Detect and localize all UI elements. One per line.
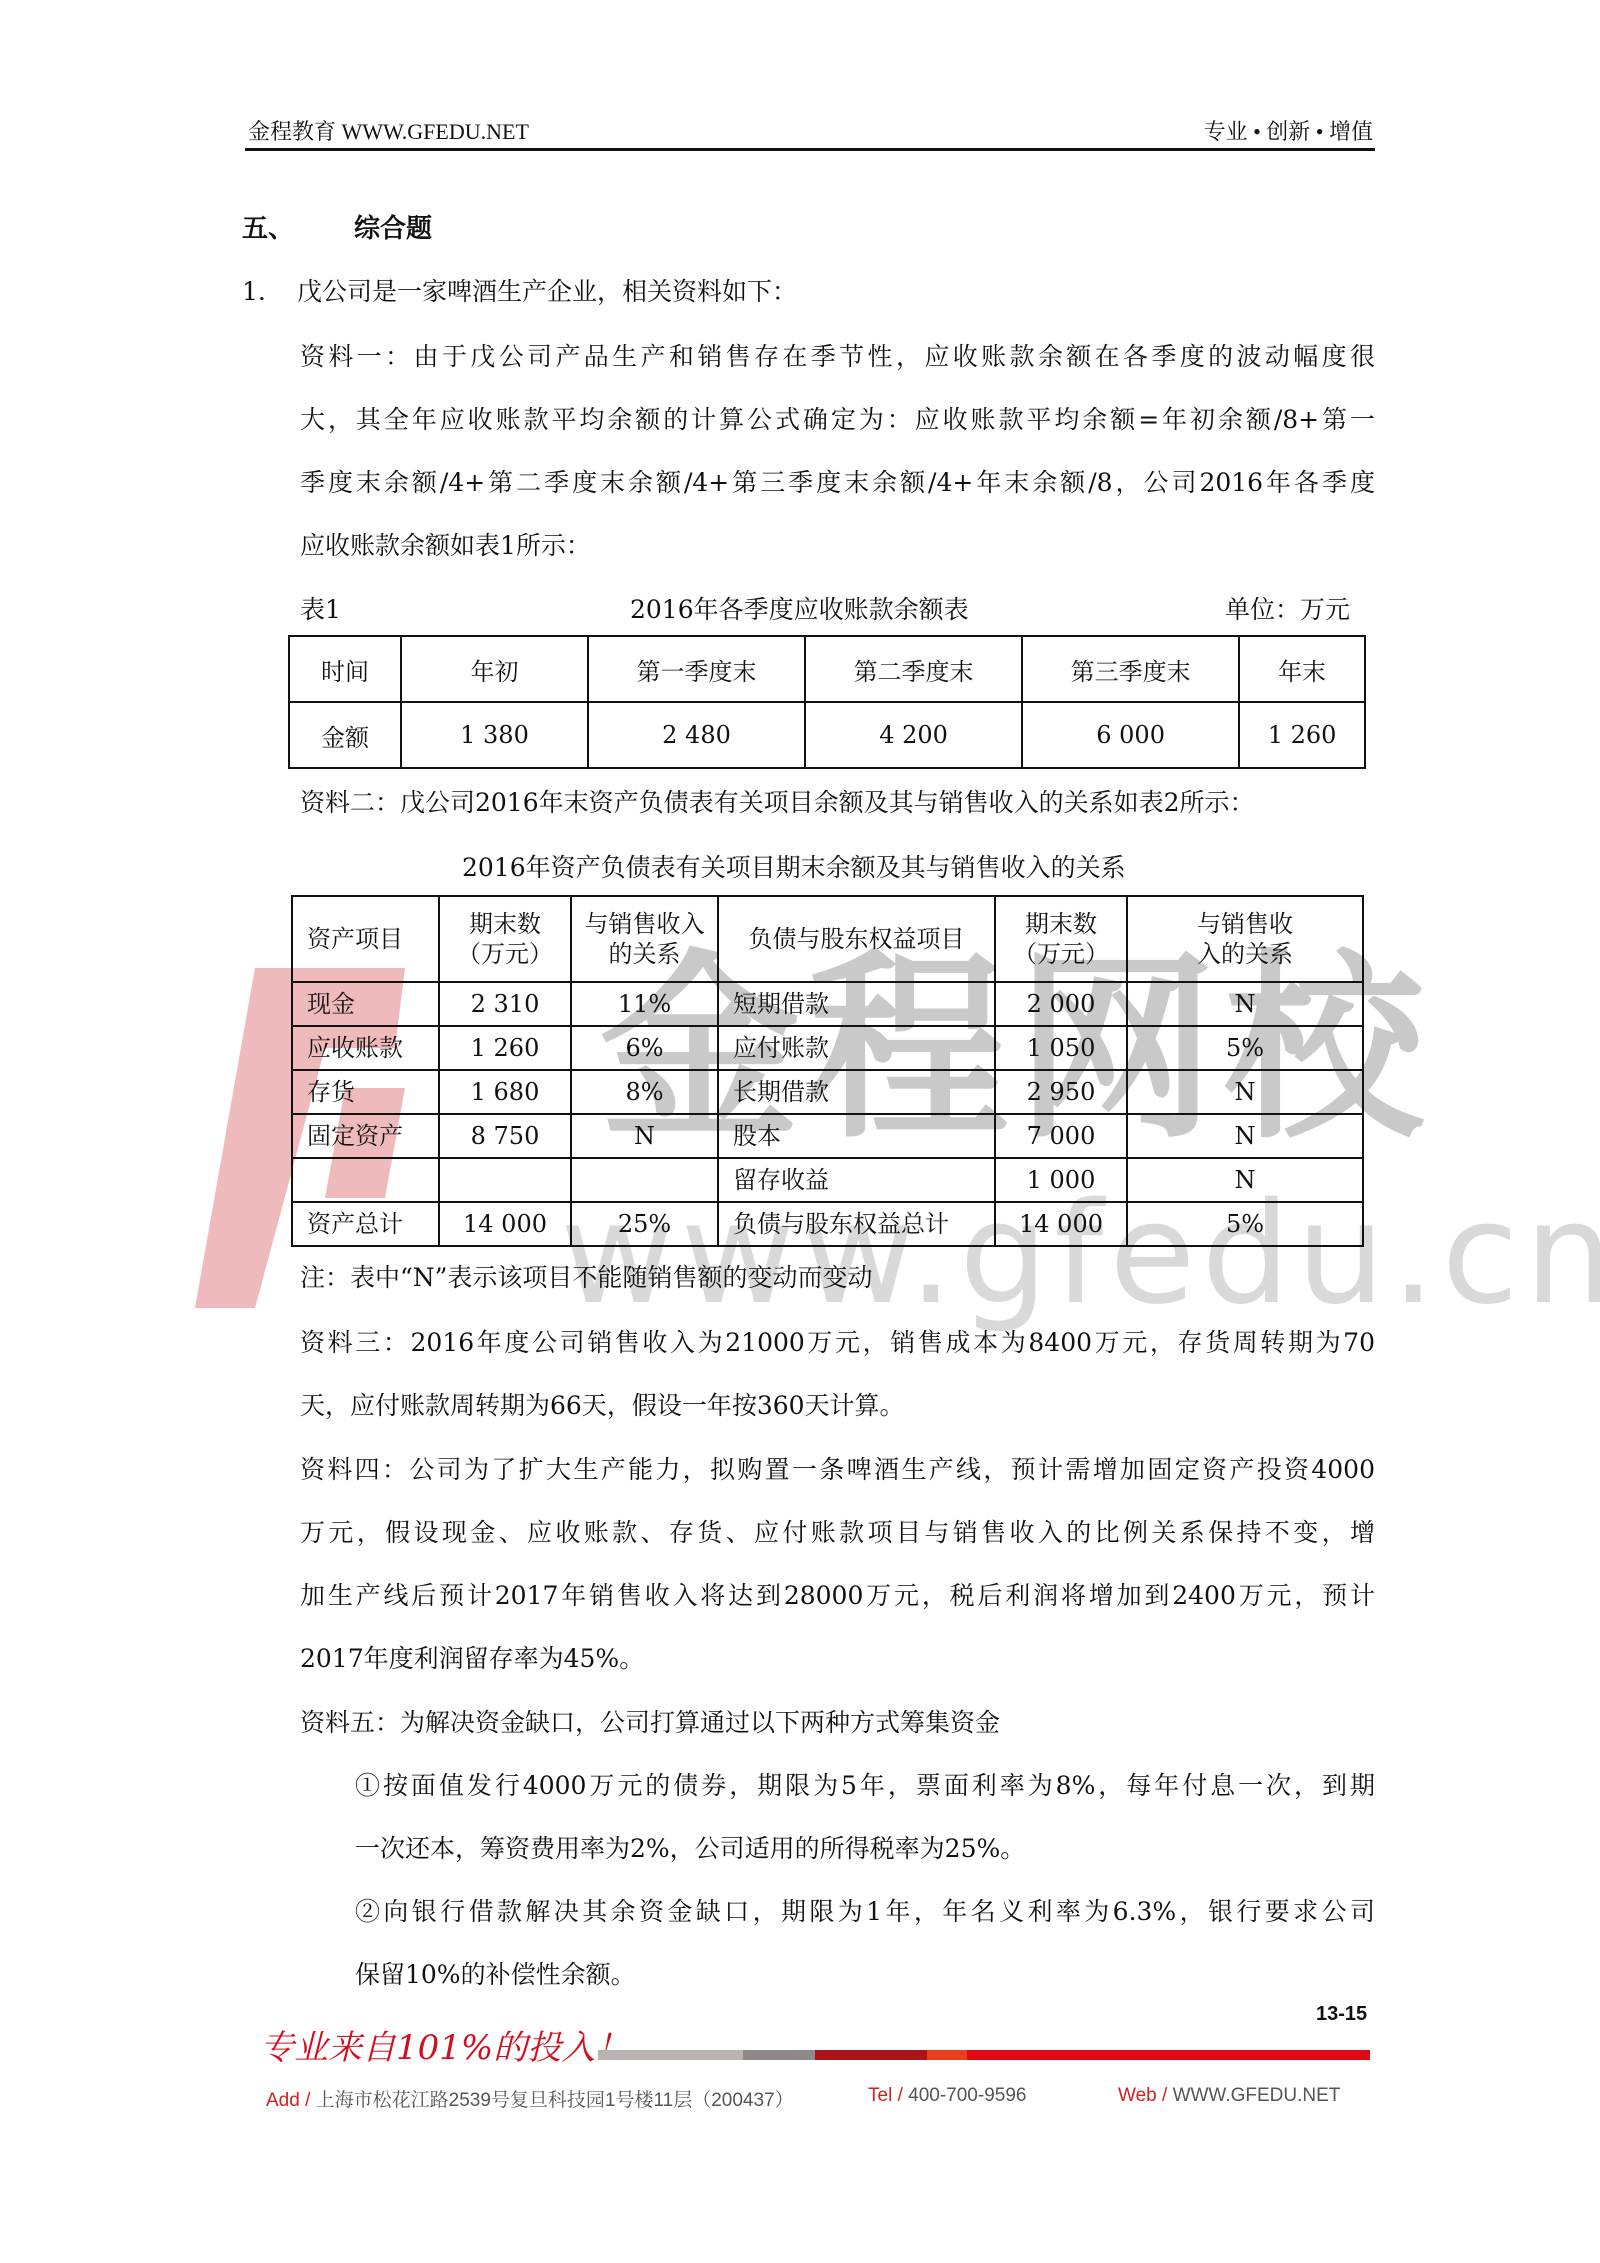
footer-bar-segment xyxy=(815,2050,927,2060)
page-number: 13-15 xyxy=(1316,2003,1367,2026)
section-number: 五、 xyxy=(242,214,294,244)
footer-address: Add / 上海市松花江路2539号复旦科技园1号楼11层（200437） xyxy=(266,2085,794,2112)
table2-row: 现金2 31011%短期借款2 000N xyxy=(292,982,1363,1026)
table1-header-row: 时间 年初 第一季度末 第二季度末 第三季度末 年末 xyxy=(289,636,1365,702)
section-heading: 五、综合题 xyxy=(242,208,432,245)
footer-bar-segment xyxy=(598,2050,743,2060)
material2: 资料二：戊公司2016年末资产负债表有关项目余额及其与销售收入的关系如表2所示： xyxy=(300,783,1375,819)
material1-line: 季度末余额/4+第二季度末余额/4+第三季度末余额/4+年末余额/8，公司201… xyxy=(300,463,1375,499)
material4-line: 加生产线后预计2017年销售收入将达到28000万元，税后利润将增加到2400万… xyxy=(300,1576,1375,1612)
table1-unit: 单位：万元 xyxy=(1225,590,1350,626)
table2-total-row: 资产总计14 00025%负债与股东权益总计14 0005% xyxy=(292,1202,1363,1246)
material3-line: 天，应付账款周转期为66天，假设一年按360天计算。 xyxy=(300,1386,1375,1422)
material4-line: 万元，假设现金、应收账款、存货、应付账款项目与销售收入的比例关系保持不变，增 xyxy=(300,1513,1375,1549)
table2-header-row: 资产项目 期末数（万元） 与销售收入的关系 负债与股东权益项目 期末数（万元） … xyxy=(292,896,1363,982)
table2-row: 留存收益1 000N xyxy=(292,1158,1363,1202)
material1-line: 资料一：由于戊公司产品生产和销售存在季节性，应收账款余额在各季度的波动幅度很 xyxy=(300,337,1375,373)
section-title: 综合题 xyxy=(354,214,432,244)
table1-row: 金额 1 380 2 480 4 200 6 000 1 260 xyxy=(289,702,1365,768)
header-left: 金程教育 WWW.GFEDU.NET xyxy=(248,115,529,146)
question-intro: 1.戊公司是一家啤酒生产企业，相关资料如下： xyxy=(242,272,797,308)
footer-tel: Tel / 400-700-9596 xyxy=(868,2085,1026,2107)
table2-row: 应收账款1 2606%应付账款1 0505% xyxy=(292,1026,1363,1070)
option1-line: 一次还本，筹资费用率为2%，公司适用的所得税率为25%。 xyxy=(355,1829,1375,1865)
footer-web: Web / WWW.GFEDU.NET xyxy=(1118,2085,1340,2107)
table2-row: 存货1 6808%长期借款2 950N xyxy=(292,1070,1363,1114)
header-right: 专业 • 创新 • 增值 xyxy=(1204,115,1373,146)
option1-line: ①按面值发行4000万元的债券，期限为5年，票面利率为8%，每年付息一次，到期 xyxy=(355,1766,1375,1802)
table1: 时间 年初 第一季度末 第二季度末 第三季度末 年末 金额 1 380 2 48… xyxy=(288,635,1366,769)
material1-line: 大，其全年应收账款平均余额的计算公式确定为：应收账款平均余额=年初余额/8+第一 xyxy=(300,400,1375,436)
material3-line: 资料三：2016年度公司销售收入为21000万元，销售成本为8400万元，存货周… xyxy=(300,1323,1375,1359)
footer-bar-segment xyxy=(743,2050,815,2060)
question-number: 1. xyxy=(242,277,297,306)
option2-line: ②向银行借款解决其余资金缺口，期限为1年，年名义利率为6.3%，银行要求公司 xyxy=(355,1892,1375,1928)
table2-note: 注：表中“N”表示该项目不能随销售额的变动而变动 xyxy=(300,1258,1375,1294)
table2-row: 固定资产8 750N股本7 000N xyxy=(292,1114,1363,1158)
page-header: 金程教育 WWW.GFEDU.NET 专业 • 创新 • 增值 xyxy=(245,112,1375,151)
table1-title: 2016年各季度应收账款余额表 xyxy=(630,590,969,626)
table2-title: 2016年资产负债表有关项目期末余额及其与销售收入的关系 xyxy=(462,848,1126,884)
material1-line: 应收账款余额如表1所示： xyxy=(300,526,1375,562)
table1-label: 表1 xyxy=(300,590,341,626)
table2: 资产项目 期末数（万元） 与销售收入的关系 负债与股东权益项目 期末数（万元） … xyxy=(291,895,1364,1247)
footer-bar-segment xyxy=(927,2050,967,2060)
material5: 资料五：为解决资金缺口，公司打算通过以下两种方式筹集资金 xyxy=(300,1703,1375,1739)
material4-line: 2017年度利润留存率为45%。 xyxy=(300,1639,1375,1675)
footer-slogan: 专业来自101%的投入！ xyxy=(260,2020,629,2069)
option2-line: 保留10%的补偿性余额。 xyxy=(355,1955,1375,1991)
footer-bar-segment xyxy=(967,2050,1370,2060)
material4-line: 资料四：公司为了扩大生产能力，拟购置一条啤酒生产线，预计需增加固定资产投资400… xyxy=(300,1450,1375,1486)
